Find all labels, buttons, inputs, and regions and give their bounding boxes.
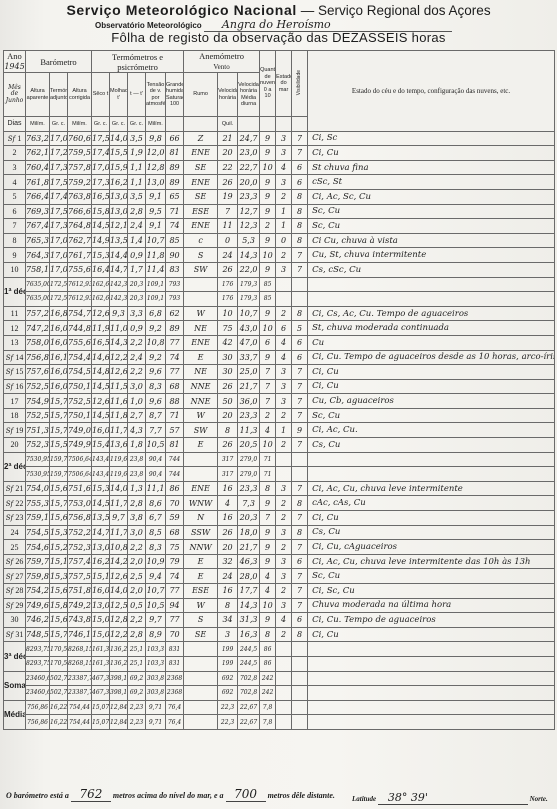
cell-dir: ENE — [184, 335, 218, 350]
summary-wet: 12,84 — [110, 715, 128, 730]
cell-hum: 79 — [166, 554, 184, 569]
summary-diff: 23,8 — [128, 452, 146, 467]
summary-med: 22,67 — [238, 700, 260, 715]
cell-sea: 3 — [276, 146, 292, 161]
cell-vis: 7 — [292, 131, 308, 146]
summary-tens: 103,3 — [146, 656, 166, 671]
cell-diff: 3,3 — [128, 306, 146, 321]
cell-tatt: 17,4 — [50, 189, 68, 204]
cell-tens: 9,4 — [146, 569, 166, 584]
day-row: Sf 1763,2017,0760,6617,514,03,59,866Z212… — [4, 131, 555, 146]
cell-med: 46,3 — [238, 554, 260, 569]
cell-vel: 8 — [218, 423, 238, 438]
cell-diff: 2,8 — [128, 627, 146, 642]
cell-dry: 13,5 — [92, 511, 110, 526]
cell-dir: NE — [184, 365, 218, 380]
cell-sea: 3 — [276, 481, 292, 496]
cell-sea: 2 — [276, 540, 292, 555]
sky-observation: Ci, Cu — [308, 146, 555, 161]
cell-tatt: 17,3 — [50, 160, 68, 175]
cell-hum: 70 — [166, 496, 184, 511]
cell-hum: 77 — [166, 584, 184, 599]
cell-wet: 16,2 — [110, 175, 128, 190]
cell-vel: 21 — [218, 131, 238, 146]
cell-vel: 11 — [218, 219, 238, 234]
cell-hum: 59 — [166, 511, 184, 526]
summary-bar: 7530,95 — [26, 452, 50, 467]
day-mark: Sf — [6, 427, 16, 435]
cell-bar: 746,20 — [26, 613, 50, 628]
cell-diff: 3,5 — [128, 131, 146, 146]
cell-dry: 16,5 — [92, 335, 110, 350]
cell-bar: 752,30 — [26, 438, 50, 453]
day-mark: Sf — [6, 573, 16, 581]
cell-dry: 14,5 — [92, 408, 110, 423]
sky-observation: Cu, Cb, aguaceiros — [308, 394, 555, 409]
summary-tatt: 170,5 — [50, 656, 68, 671]
cell-diff: 1,9 — [128, 146, 146, 161]
summary-cl: 86 — [260, 656, 276, 671]
summary-row: 7530,95159,77506,64143,4119,623,890,4744… — [4, 467, 555, 482]
summary-row: 23460,60502,723387,72467,3398,169,2303,8… — [4, 686, 555, 701]
sky-state-header: Estado do céu e do tempo, configuração d… — [308, 51, 555, 132]
cell-tens: 11,8 — [146, 248, 166, 263]
unit-cell: Gr. c. — [92, 117, 110, 132]
cell-vis: 7 — [292, 394, 308, 409]
cell-sea: 3 — [276, 569, 292, 584]
summary-sea — [276, 292, 292, 307]
day-row: 9764,3017,0761,7615,314,40,911,890S2414,… — [4, 248, 555, 263]
summary-corr: 754,44 — [68, 715, 92, 730]
cell-sea: 3 — [276, 379, 292, 394]
cell-dry: 14,5 — [92, 219, 110, 234]
cell-tatt: 15,7 — [50, 496, 68, 511]
cell-hum: 89 — [166, 175, 184, 190]
cell-med: 21,7 — [238, 379, 260, 394]
cell-wet: 11,5 — [110, 379, 128, 394]
cell-cl: 7 — [260, 365, 276, 380]
day-number: 10 — [4, 262, 26, 277]
cell-vel: 26 — [218, 379, 238, 394]
cell-vel: 30 — [218, 350, 238, 365]
summary-vel: 692 — [218, 686, 238, 701]
cell-wet: 14,2 — [110, 554, 128, 569]
summary-row: 1ª década7635,00172,57612,93162,6142,320… — [4, 277, 555, 292]
cell-diff: 2,7 — [128, 408, 146, 423]
cell-dry: 16,4 — [92, 262, 110, 277]
summary-cl: 242 — [260, 686, 276, 701]
sky-observation: cAc, cAs, Cu — [308, 496, 555, 511]
summary-bar: 23460,60 — [26, 686, 50, 701]
observation-empty — [308, 292, 555, 307]
cell-dry: 14,5 — [92, 496, 110, 511]
cell-cl: 8 — [260, 481, 276, 496]
day-number: 2 — [4, 146, 26, 161]
cell-tatt: 15,3 — [50, 525, 68, 540]
day-mark: Sf — [6, 368, 16, 376]
cell-bar: 752,50 — [26, 379, 50, 394]
cell-wet: 13,5 — [110, 233, 128, 248]
sky-observation: Sc, Cu — [308, 408, 555, 423]
summary-label: Média — [4, 700, 26, 729]
summary-vis — [292, 686, 308, 701]
summary-corr: 7612,93 — [68, 292, 92, 307]
cell-vel: 0 — [218, 233, 238, 248]
summary-hum: 831 — [166, 656, 184, 671]
summary-dir — [184, 277, 218, 292]
summary-corr: 8268,15 — [68, 656, 92, 671]
cell-wet: 9,7 — [110, 511, 128, 526]
cell-wet: 15,9 — [110, 160, 128, 175]
cell-diff: 3,8 — [128, 511, 146, 526]
summary-bar: 756,86 — [26, 715, 50, 730]
year-value: 1945 — [4, 62, 24, 71]
summary-corr: 7506,64 — [68, 467, 92, 482]
sky-observation: Ci, Ac, Cu, chuva leve intermitente das … — [308, 554, 555, 569]
cell-dir: N — [184, 511, 218, 526]
cell-sea: 3 — [276, 525, 292, 540]
summary-vel: 317 — [218, 467, 238, 482]
attached-thermometer-header: Termómetro adjunto — [50, 73, 68, 117]
cell-dir: ENE — [184, 481, 218, 496]
cell-vel: 8 — [218, 598, 238, 613]
cell-diff: 0,9 — [128, 248, 146, 263]
cell-med: 31,3 — [238, 613, 260, 628]
summary-tens: 9,71 — [146, 715, 166, 730]
sky-observation: Ci, Cs, Ac, Cu. Tempo de aguaceiros — [308, 306, 555, 321]
cell-dir: SE — [184, 189, 218, 204]
cell-tatt: 16,0 — [50, 379, 68, 394]
cell-med: 20,5 — [238, 438, 260, 453]
cell-wet: 12,6 — [110, 365, 128, 380]
cell-dir: NNE — [184, 394, 218, 409]
summary-dry: 143,4 — [92, 467, 110, 482]
summary-label: 2ª década — [4, 452, 26, 481]
summary-dir — [184, 700, 218, 715]
cell-bar: 764,30 — [26, 248, 50, 263]
summary-row: 3ª década8293,75170,58268,15161,3136,225… — [4, 642, 555, 657]
cell-bar: 766,45 — [26, 189, 50, 204]
cell-vel: 50 — [218, 394, 238, 409]
day-row: 4761,8017,5759,2117,316,21,113,089ENE262… — [4, 175, 555, 190]
summary-tens: 303,8 — [146, 686, 166, 701]
sky-observation: Ci, Cu — [308, 365, 555, 380]
cell-dry: 13,0 — [92, 598, 110, 613]
summary-hum: 793 — [166, 277, 184, 292]
cell-hum: 77 — [166, 613, 184, 628]
cell-wet: 14,4 — [110, 248, 128, 263]
summary-tens: 9,71 — [146, 700, 166, 715]
observation-empty — [308, 656, 555, 671]
day-row: Sf 14756,8016,1754,4014,612,22,49,274E30… — [4, 350, 555, 365]
day-row: Sf 19751,3515,7749,0116,011,74,37,757SW8… — [4, 423, 555, 438]
cell-vis: 7 — [292, 408, 308, 423]
sky-observation: Cs, Cu — [308, 438, 555, 453]
summary-dir — [184, 467, 218, 482]
summary-wet: 136,2 — [110, 656, 128, 671]
summary-bar: 7635,00 — [26, 277, 50, 292]
sky-observation: Ci, Cu, cAguaceiros — [308, 540, 555, 555]
summary-dir — [184, 292, 218, 307]
observation-empty — [308, 467, 555, 482]
summary-med: 279,0 — [238, 452, 260, 467]
cell-hum: 83 — [166, 262, 184, 277]
cell-dir: E — [184, 438, 218, 453]
summary-tens: 109,1 — [146, 292, 166, 307]
cell-corr: 754,71 — [68, 306, 92, 321]
cell-corr: 752,31 — [68, 540, 92, 555]
cell-dry: 14,6 — [92, 350, 110, 365]
summary-bar: 7530,95 — [26, 467, 50, 482]
cell-dry: 16,0 — [92, 584, 110, 599]
cell-hum: 57 — [166, 423, 184, 438]
summary-tatt: 502,7 — [50, 671, 68, 686]
cell-vis: 8 — [292, 219, 308, 234]
day-number: Sf 19 — [4, 423, 26, 438]
cell-bar: 759,85 — [26, 569, 50, 584]
dry-header: Sêco t — [92, 73, 110, 117]
cell-bar: 767,40 — [26, 219, 50, 234]
cell-bar: 761,80 — [26, 175, 50, 190]
cell-bar: 763,20 — [26, 131, 50, 146]
cell-corr: 744,89 — [68, 321, 92, 336]
cell-bar: 754,60 — [26, 540, 50, 555]
cell-dir: ESE — [184, 584, 218, 599]
day-row: 8765,3017,0762,7614,913,51,410,785c05,39… — [4, 233, 555, 248]
cell-diff: 2,2 — [128, 335, 146, 350]
cell-dir: NE — [184, 321, 218, 336]
cell-vis: 6 — [292, 335, 308, 350]
cell-cl: 10 — [260, 438, 276, 453]
cell-diff: 1,3 — [128, 481, 146, 496]
day-number: Sf 21 — [4, 481, 26, 496]
cell-dry: 15,0 — [92, 613, 110, 628]
summary-tatt: 502,7 — [50, 686, 68, 701]
cell-dir: WNW — [184, 496, 218, 511]
vapour-tension-header: Tensão de v. por atmosféricas — [146, 73, 166, 117]
cloud-amount-header: Quantidade de nuvens 0 a 10 — [260, 51, 276, 117]
summary-wet: 119,6 — [110, 467, 128, 482]
day-mark: Sf — [6, 354, 16, 362]
unit-cell: Gr. c. — [128, 117, 146, 132]
cell-dry: 15,4 — [92, 438, 110, 453]
sky-observation: Sc, Cu — [308, 219, 555, 234]
cell-bar: 760,40 — [26, 160, 50, 175]
summary-diff: 25,1 — [128, 642, 146, 657]
cell-wet: 13,0 — [110, 204, 128, 219]
cell-vis: 7 — [292, 584, 308, 599]
summary-hum: 831 — [166, 642, 184, 657]
summary-vis — [292, 277, 308, 292]
cell-dry: 14,5 — [92, 379, 110, 394]
cell-tens: 10,8 — [146, 335, 166, 350]
unit-cell — [292, 117, 308, 132]
day-number: 20 — [4, 438, 26, 453]
cell-vis: 7 — [292, 365, 308, 380]
unit-cell: Milím. — [68, 117, 92, 132]
observation-empty — [308, 277, 555, 292]
sky-observation: Ci, Cu. Tempo de aguaceiros — [308, 613, 555, 628]
cell-sea: 2 — [276, 511, 292, 526]
day-row: Sf 22755,3015,7753,0014,511,72,88,670WNW… — [4, 496, 555, 511]
cell-corr: 766,69 — [68, 204, 92, 219]
cell-bar: 754,90 — [26, 394, 50, 409]
cell-sea: 2 — [276, 306, 292, 321]
wet-header: Molhado t' — [110, 73, 128, 117]
cell-tens: 10,5 — [146, 598, 166, 613]
cell-tatt: 16,0 — [50, 321, 68, 336]
cell-cl: 9 — [260, 146, 276, 161]
day-row: 30746,2015,6743,8915,012,82,29,777S3431,… — [4, 613, 555, 628]
summary-corr: 23387,72 — [68, 686, 92, 701]
cell-cl: 4 — [260, 569, 276, 584]
cell-cl: 9 — [260, 204, 276, 219]
cell-dry: 14,9 — [92, 233, 110, 248]
day-mark: Sf — [6, 514, 16, 522]
summary-dry: 15,07 — [92, 715, 110, 730]
day-number: Sf 14 — [4, 350, 26, 365]
cell-sea: 2 — [276, 584, 292, 599]
cell-med: 14,3 — [238, 598, 260, 613]
cell-dir: E — [184, 350, 218, 365]
cell-wet: 11,7 — [110, 496, 128, 511]
cell-med: 22,0 — [238, 262, 260, 277]
summary-tens: 90,4 — [146, 467, 166, 482]
summary-vis — [292, 452, 308, 467]
summary-hum: 744 — [166, 452, 184, 467]
cell-hum: 89 — [166, 321, 184, 336]
cell-corr: 750,15 — [68, 408, 92, 423]
day-row: Sf 27759,8515,3757,5315,112,62,59,474E24… — [4, 569, 555, 584]
cell-sea: 3 — [276, 175, 292, 190]
cell-dry: 17,4 — [92, 146, 110, 161]
cell-vis: 6 — [292, 175, 308, 190]
summary-med: 244,5 — [238, 642, 260, 657]
cell-med: 7,3 — [238, 496, 260, 511]
register-sheet: Serviço Meteorológico Nacional — Serviço… — [0, 0, 557, 809]
cell-diff: 1,1 — [128, 160, 146, 175]
day-row: 18752,5015,7750,1514,511,82,78,771W2023,… — [4, 408, 555, 423]
cell-vis: 6 — [292, 613, 308, 628]
cell-tens: 13,0 — [146, 175, 166, 190]
cell-vis: 7 — [292, 262, 308, 277]
cell-vis: 8 — [292, 306, 308, 321]
summary-row: 7635,00172,57612,93162,6142,320,3109,179… — [4, 292, 555, 307]
sky-observation: Chuva moderada na última hora — [308, 598, 555, 613]
cell-diff: 2,4 — [128, 219, 146, 234]
cell-corr: 761,76 — [68, 248, 92, 263]
summary-tatt: 170,5 — [50, 642, 68, 657]
cell-sea: 3 — [276, 598, 292, 613]
cell-vel: 24 — [218, 569, 238, 584]
cell-tatt: 17,0 — [50, 233, 68, 248]
cell-med: 23,0 — [238, 146, 260, 161]
cell-cl: 9 — [260, 554, 276, 569]
cell-tatt: 17,5 — [50, 204, 68, 219]
summary-med: 244,5 — [238, 656, 260, 671]
difference-header: t — t' — [128, 73, 146, 117]
cell-wet: 9,3 — [110, 306, 128, 321]
cell-tens: 9,5 — [146, 204, 166, 219]
summary-sea — [276, 671, 292, 686]
cell-tens: 12,8 — [146, 160, 166, 175]
sky-observation: Ci, Sc, Cu — [308, 584, 555, 599]
cell-tens: 9,2 — [146, 350, 166, 365]
anemometer-header: AnemómetroVento — [184, 51, 260, 73]
cell-vel: 3 — [218, 627, 238, 642]
summary-cl: 7,8 — [260, 715, 276, 730]
sky-observation: Sc, Cu — [308, 569, 555, 584]
cell-cl: 7 — [260, 511, 276, 526]
day-row: 10758,1517,0755,6216,414,71,711,483SW262… — [4, 262, 555, 277]
cell-bar: 759,75 — [26, 554, 50, 569]
summary-dry: 467,3 — [92, 671, 110, 686]
cell-tens: 10,5 — [146, 438, 166, 453]
cell-tens: 12,0 — [146, 146, 166, 161]
summary-tatt: 16,22 — [50, 700, 68, 715]
cell-dir: S — [184, 613, 218, 628]
cell-tatt: 17,2 — [50, 146, 68, 161]
cell-wet: 11,7 — [110, 423, 128, 438]
cell-corr: 751,66 — [68, 481, 92, 496]
cell-vel: 30 — [218, 365, 238, 380]
day-number: 6 — [4, 204, 26, 219]
day-row: 20752,3015,5749,9815,413,61,810,581E2620… — [4, 438, 555, 453]
service-name: Serviço Meteorológico Nacional — [66, 2, 296, 18]
cell-vis: 9 — [292, 423, 308, 438]
cell-vel: 19 — [218, 189, 238, 204]
cell-wet: 15,5 — [110, 146, 128, 161]
day-row: Sf 31748,5015,7746,1615,012,22,88,970SE3… — [4, 627, 555, 642]
cell-tens: 9,6 — [146, 394, 166, 409]
unit-cell: Milím. — [146, 117, 166, 132]
cell-med: 20,0 — [238, 175, 260, 190]
cell-dir: W — [184, 598, 218, 613]
cell-dir: ENE — [184, 219, 218, 234]
summary-diff: 2,23 — [128, 700, 146, 715]
cell-vis: 7 — [292, 438, 308, 453]
day-mark: Sf — [6, 383, 16, 391]
cell-tens: 9,7 — [146, 613, 166, 628]
day-row: Sf 21754,0015,6751,6615,314,01,311,186EN… — [4, 481, 555, 496]
summary-sea — [276, 700, 292, 715]
day-row: 5766,4517,4763,8516,513,03,59,165SE1923,… — [4, 189, 555, 204]
summary-tens: 103,3 — [146, 642, 166, 657]
visibility-header: Visibilidade — [292, 51, 308, 117]
cell-diff: 0,5 — [128, 598, 146, 613]
hourly-speed-header: Velocidade horária — [218, 73, 238, 117]
summary-vis — [292, 656, 308, 671]
summary-hum: 76,4 — [166, 715, 184, 730]
cell-med: 24,7 — [238, 131, 260, 146]
cell-diff: 3,0 — [128, 525, 146, 540]
cell-wet: 14,3 — [110, 335, 128, 350]
cell-vel: 20 — [218, 146, 238, 161]
cell-tatt: 16,1 — [50, 350, 68, 365]
unit-cell — [166, 117, 184, 132]
observation-empty — [308, 686, 555, 701]
cell-corr: 764,82 — [68, 219, 92, 234]
summary-vel: 22,3 — [218, 700, 238, 715]
day-number: 17 — [4, 394, 26, 409]
day-mark: Sf — [8, 135, 18, 143]
summary-diff: 69,2 — [128, 671, 146, 686]
cell-sea: 3 — [276, 262, 292, 277]
cell-dry: 12,6 — [92, 306, 110, 321]
summary-corr: 7612,93 — [68, 277, 92, 292]
cell-vis: 7 — [292, 569, 308, 584]
cell-tens: 9,1 — [146, 219, 166, 234]
